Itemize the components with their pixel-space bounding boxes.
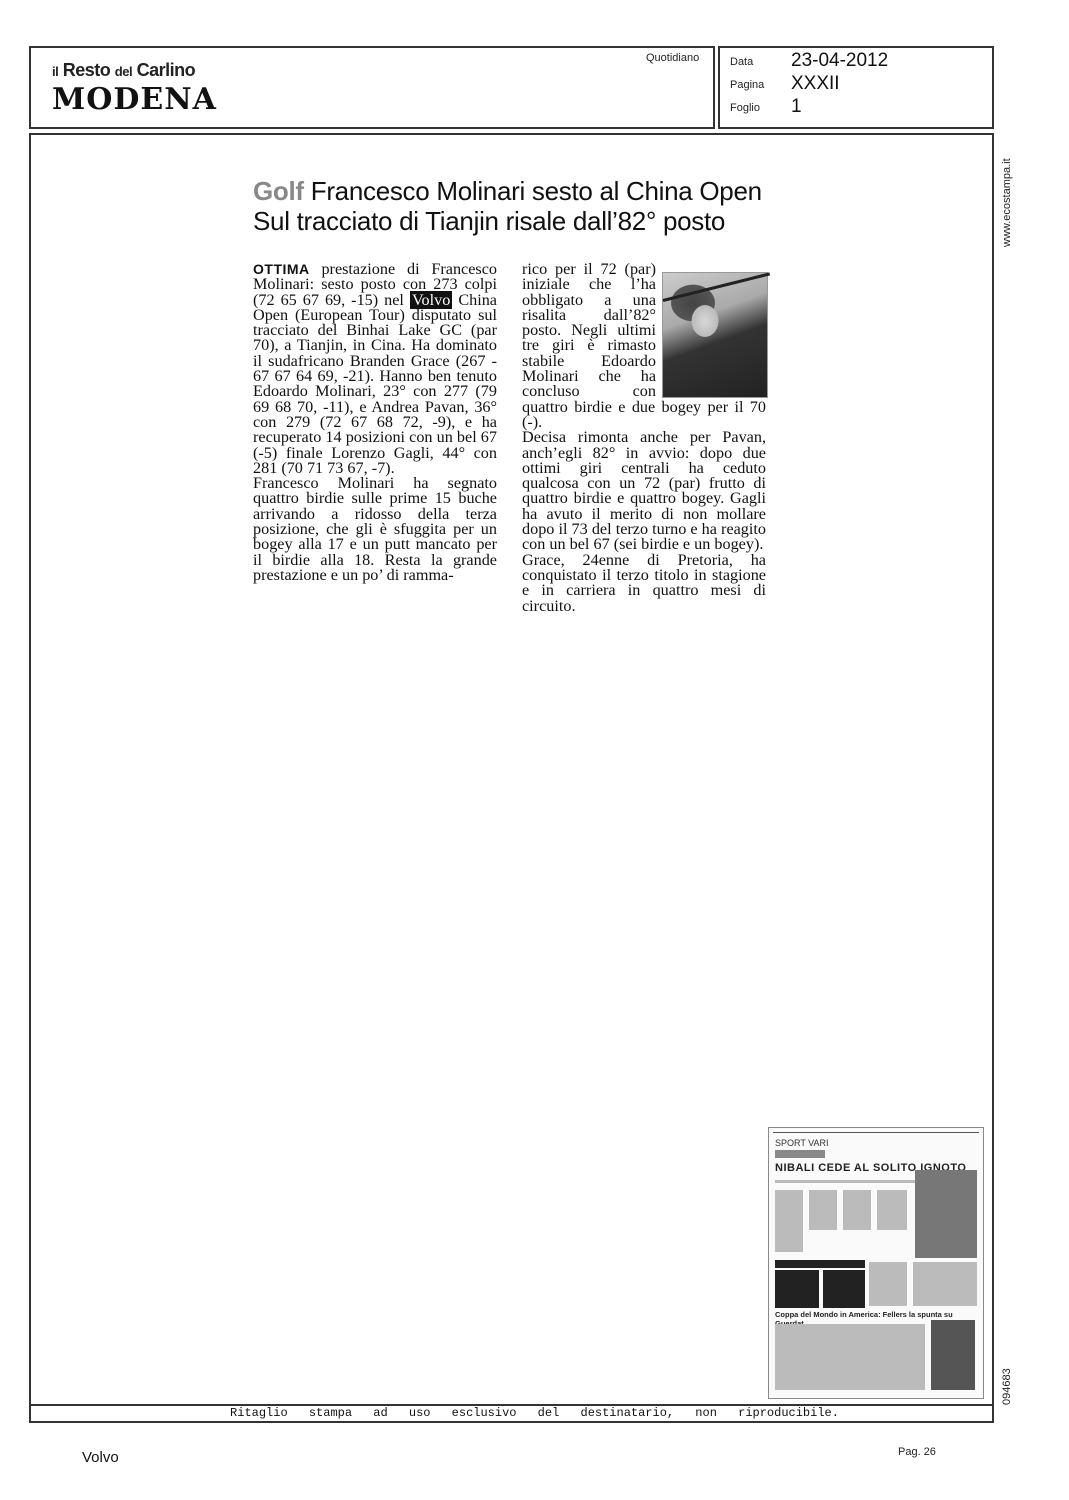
page-label: Pagina <box>730 79 764 91</box>
thumb-golf-header <box>775 1260 865 1268</box>
col2-paragraph-2: Decisa rimonta anche per Pavan, anch’egl… <box>522 428 766 553</box>
col1-text-b: China Open (European Tour) disputato sul… <box>253 291 497 477</box>
article-headline: Golf Francesco Molinari sesto al China O… <box>253 176 762 236</box>
thumb-bottom-text <box>775 1324 925 1390</box>
date-label: Data <box>730 56 753 68</box>
page-value: XXXII <box>791 73 840 95</box>
brand-resto: Resto <box>63 60 111 80</box>
thumb-equestrian-photo <box>931 1320 975 1390</box>
thumb-category-block <box>775 1150 825 1158</box>
thumb-text-col <box>877 1190 907 1230</box>
brand-prefix: il <box>52 64 58 79</box>
source-page-thumbnail: SPORT VARI NIBALI CEDE AL SOLITO IGNOTO … <box>768 1127 984 1399</box>
sheet-label: Foglio <box>730 102 760 114</box>
brand-carlino: Carlino <box>137 60 196 80</box>
thumb-golf-col <box>775 1270 819 1308</box>
thumb-text-col <box>869 1262 907 1306</box>
thumb-golf-col <box>823 1270 865 1308</box>
headline-kicker: Golf <box>253 176 304 206</box>
edition-city: MODENA <box>52 82 217 117</box>
newspaper-brand: il Resto del Carlino <box>52 60 195 81</box>
thumb-subtitle <box>775 1180 915 1183</box>
footer-notice: Ritaglio stampa ad uso esclusivo del des… <box>0 1406 1069 1420</box>
headline-line2: Sul tracciato di Tianjin risale dall’82°… <box>253 206 762 236</box>
col1-paragraph-2: Francesco Molinari ha segnato quattro bi… <box>253 474 497 584</box>
headline-line1: Francesco Molinari sesto al China Open <box>311 176 762 206</box>
golf-club-shape <box>663 272 770 302</box>
footer-keyword: Volvo <box>82 1449 119 1466</box>
thumb-cyclist-photo <box>915 1170 977 1258</box>
thumb-section-label: SPORT VARI <box>775 1138 829 1148</box>
golfer-photo <box>662 272 768 398</box>
brand-del: del <box>115 64 132 79</box>
clipping-code-vertical: 094683 <box>1001 1368 1013 1405</box>
footer-page-number: Pag. 26 <box>898 1446 936 1458</box>
website-vertical: www.ecostampa.it <box>1001 158 1013 247</box>
col2-paragraph-3: Grace, 24enne di Pretoria, ha conquistat… <box>522 551 766 615</box>
publication-type: Quotidiano <box>646 52 699 64</box>
date-value: 23-04-2012 <box>791 50 888 72</box>
article-column-1: OTTIMA prestazione di Francesco Molinari… <box>253 262 497 583</box>
thumb-text-col <box>809 1190 837 1230</box>
thumb-text-col <box>913 1262 977 1306</box>
thumb-text-col <box>843 1190 871 1230</box>
sheet-value: 1 <box>791 96 802 118</box>
thumb-top-rule <box>773 1132 979 1133</box>
thumb-text-col <box>775 1190 803 1252</box>
